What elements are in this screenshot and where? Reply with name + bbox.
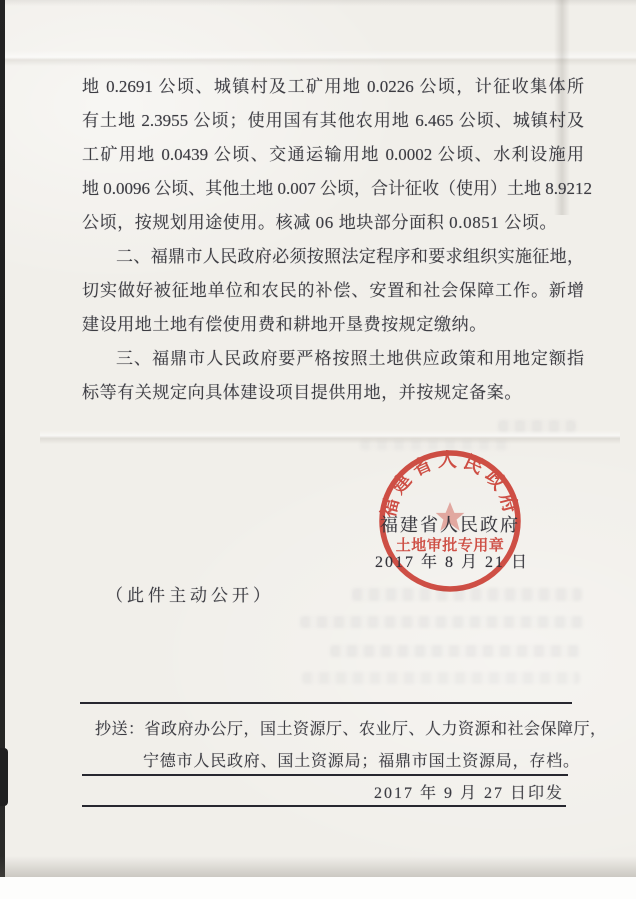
scan-shadow-bottom: [0, 856, 636, 877]
ink-bleedthrough-smudge: [302, 672, 580, 684]
body-line: 标等有关规定向具体建设项目提供用地，并按规定备案。: [82, 376, 584, 410]
body-line: 二、福鼎市人民政府必须按照法定程序和要求组织实施征地，: [82, 240, 584, 274]
cc-line-1: 抄送：省政府办公厅，国土资源厅、农业厅、人力资源和社会保障厅，: [95, 716, 607, 739]
ink-bleedthrough-smudge: [498, 420, 576, 432]
cc-line-2: 宁德市人民政府、国土资源局；福鼎市国土资源局，存档。: [143, 748, 580, 771]
body-line: 公顷，按规划用途使用。核减 06 地块部分面积 0.0851 公顷。: [82, 206, 584, 240]
signature-agency: 福建省人民政府: [380, 511, 520, 537]
body-line: 地 0.2691 公顷、城镇村及工矿用地 0.0226 公顷，计征收集体所: [82, 70, 584, 104]
paper-crease-horizontal-top: [0, 50, 636, 66]
signature-date: 2017 年 8 月 21 日: [375, 549, 529, 572]
body-line: 地 0.0096 公顷、其他土地 0.007 公顷，合计征收（使用）土地 8.9…: [82, 172, 584, 206]
scanned-document-page: 地 0.2691 公顷、城镇村及工矿用地 0.0226 公顷，计征收集体所 有土…: [0, 0, 636, 877]
document-body: 地 0.2691 公顷、城镇村及工矿用地 0.0226 公顷，计征收集体所 有土…: [82, 70, 584, 410]
footer-separator-bottom: [82, 805, 566, 807]
ink-bleedthrough-smudge: [330, 645, 580, 657]
footer-separator-middle: [82, 774, 568, 776]
paper-crease-horizontal-middle: [40, 430, 620, 444]
footer-separator-top: [80, 702, 572, 704]
body-line: 有土地 2.3955 公顷；使用国有其他农用地 6.465 公顷、城镇村及: [82, 104, 584, 138]
body-line: 工矿用地 0.0439 公顷、交通运输用地 0.0002 公顷、水利设施用: [82, 138, 584, 172]
ink-bleedthrough-smudge: [300, 616, 584, 628]
body-line: 三、福鼎市人民政府要严格按照土地供应政策和用地定额指: [82, 342, 584, 376]
body-line: 建设用地土地有偿使用费和耕地开垦费按规定缴纳。: [82, 308, 584, 342]
scan-edge-left: [0, 0, 5, 877]
body-line: 切实做好被征地单位和农民的补偿、安置和社会保障工作。新增: [82, 274, 584, 308]
scan-edge-blob: [0, 748, 8, 806]
public-disclosure-note: （此件主动公开）: [106, 581, 274, 606]
print-date: 2017 年 9 月 27 日印发: [374, 780, 564, 803]
